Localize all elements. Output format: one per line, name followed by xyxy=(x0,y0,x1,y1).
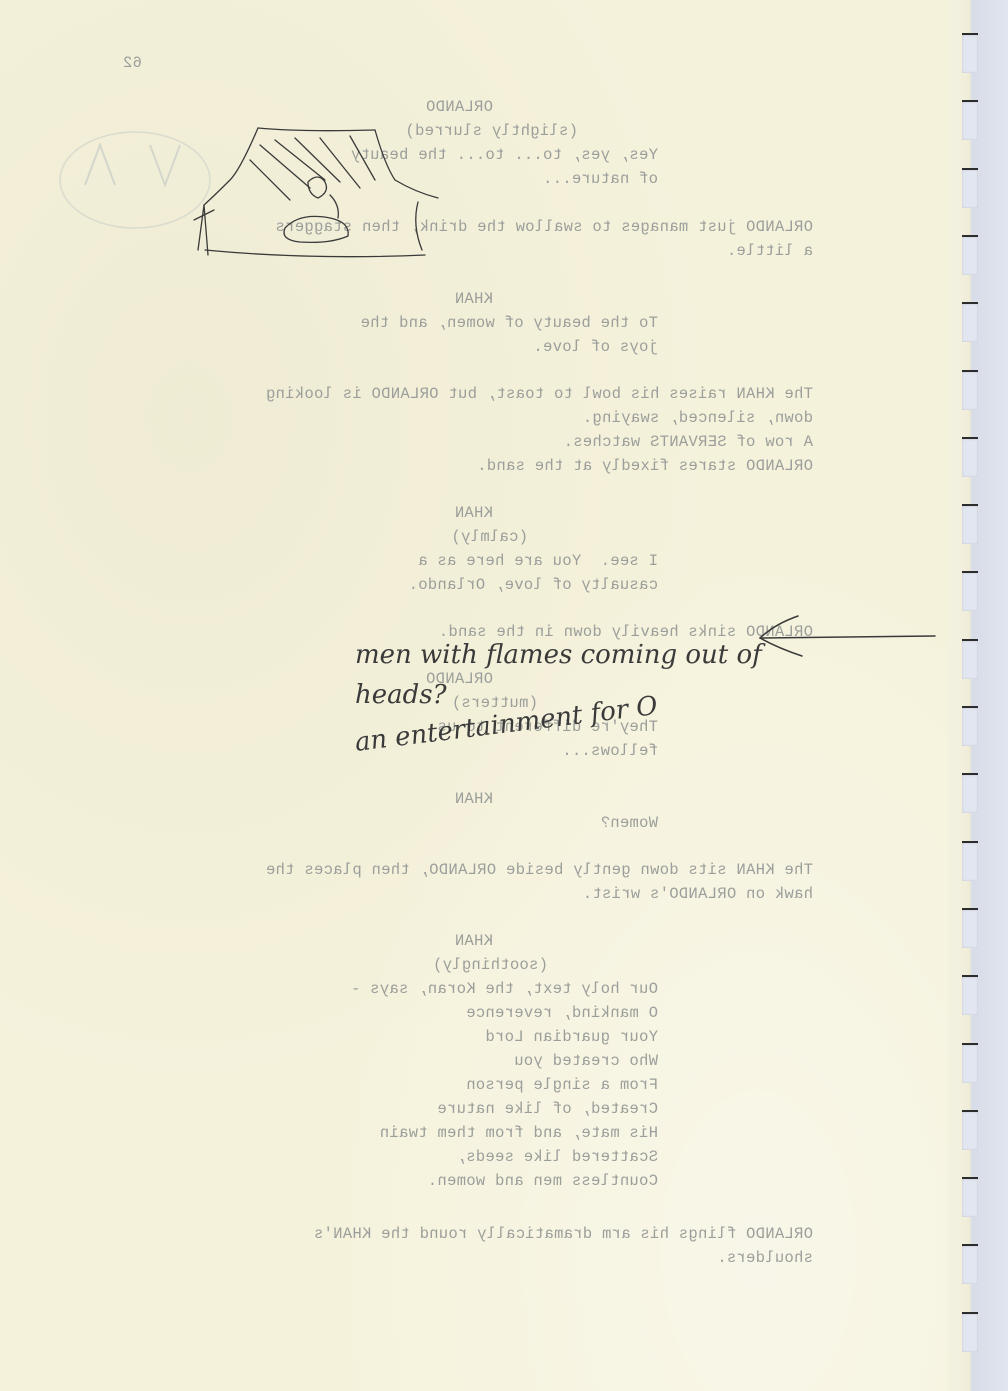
handwritten-note-line: men with flames coming out of xyxy=(355,640,762,670)
binding-hole xyxy=(962,33,978,73)
binding-hole xyxy=(962,1244,978,1284)
binding-hole xyxy=(962,302,978,342)
left-pointing-arrow-icon xyxy=(740,612,940,662)
dialogue-line: I see. You are here as a xyxy=(418,550,658,574)
action-line: hawk on ORLANDO's wrist. xyxy=(583,883,813,907)
action-line: shoulders. xyxy=(717,1247,813,1271)
parenthetical: (soothingly) xyxy=(433,954,548,978)
binding-hole xyxy=(962,1043,978,1083)
tent-sketch xyxy=(190,110,450,280)
action-line: A row of SERVANTS watches. xyxy=(563,431,813,455)
binding-hole xyxy=(962,773,978,813)
character-name: KHAN xyxy=(455,502,493,526)
binding-hole xyxy=(962,100,978,140)
dialogue-line: To the beauty of women, and the xyxy=(360,312,658,336)
binding-hole xyxy=(962,975,978,1015)
binding-hole xyxy=(962,639,978,679)
action-line: The KHAN raises his bowl to toast, but O… xyxy=(266,383,813,407)
binding-hole xyxy=(962,370,978,410)
dialogue-line: Your guardian Lord xyxy=(485,1026,658,1050)
action-line: The KHAN sits down gently beside ORLANDO… xyxy=(266,859,813,883)
binding-hole xyxy=(962,1177,978,1217)
dialogue-line: joys of love. xyxy=(533,336,658,360)
binding-hole xyxy=(962,841,978,881)
dialogue-line: Who created you xyxy=(514,1050,658,1074)
parenthetical: (calmly) xyxy=(451,526,528,550)
dialogue-line: fellows... xyxy=(562,740,658,764)
page-number: 62 xyxy=(123,52,142,76)
binding-hole xyxy=(962,1312,978,1352)
dialogue-line: From a single person xyxy=(466,1074,658,1098)
character-name: KHAN xyxy=(455,930,493,954)
binding-hole xyxy=(962,571,978,611)
action-line: ORLANDO flings his arm dramatically roun… xyxy=(314,1223,813,1247)
page-edge xyxy=(948,0,1008,1391)
binding-hole xyxy=(962,504,978,544)
dialogue-line: O mankind, reverence xyxy=(466,1002,658,1026)
dialogue-line: Created, of like nature xyxy=(437,1098,658,1122)
action-line: down, silenced, swaying. xyxy=(583,407,813,431)
dialogue-line: Countless men and women. xyxy=(428,1170,658,1194)
binding-hole xyxy=(962,908,978,948)
binding-hole xyxy=(962,168,978,208)
binding-hole xyxy=(962,706,978,746)
action-line: a little. xyxy=(727,240,813,264)
handwritten-note-line: heads? xyxy=(355,680,447,710)
character-name: KHAN xyxy=(455,788,493,812)
dialogue-line: casualty of love, Orlando. xyxy=(408,574,658,598)
character-name: KHAN xyxy=(455,288,493,312)
dialogue-line: of nature... xyxy=(543,168,658,192)
binding-hole xyxy=(962,437,978,477)
binding-hole xyxy=(962,235,978,275)
binding-hole xyxy=(962,1110,978,1150)
action-line: ORLANDO stares fixedly at the sand. xyxy=(477,455,813,479)
dialogue-line: Scattered like seeds, xyxy=(456,1146,658,1170)
dialogue-line: Women? xyxy=(600,812,658,836)
dialogue-line: His mate, and from them twain xyxy=(380,1122,658,1146)
dialogue-line: Our holy text, the Koran, says - xyxy=(351,978,658,1002)
